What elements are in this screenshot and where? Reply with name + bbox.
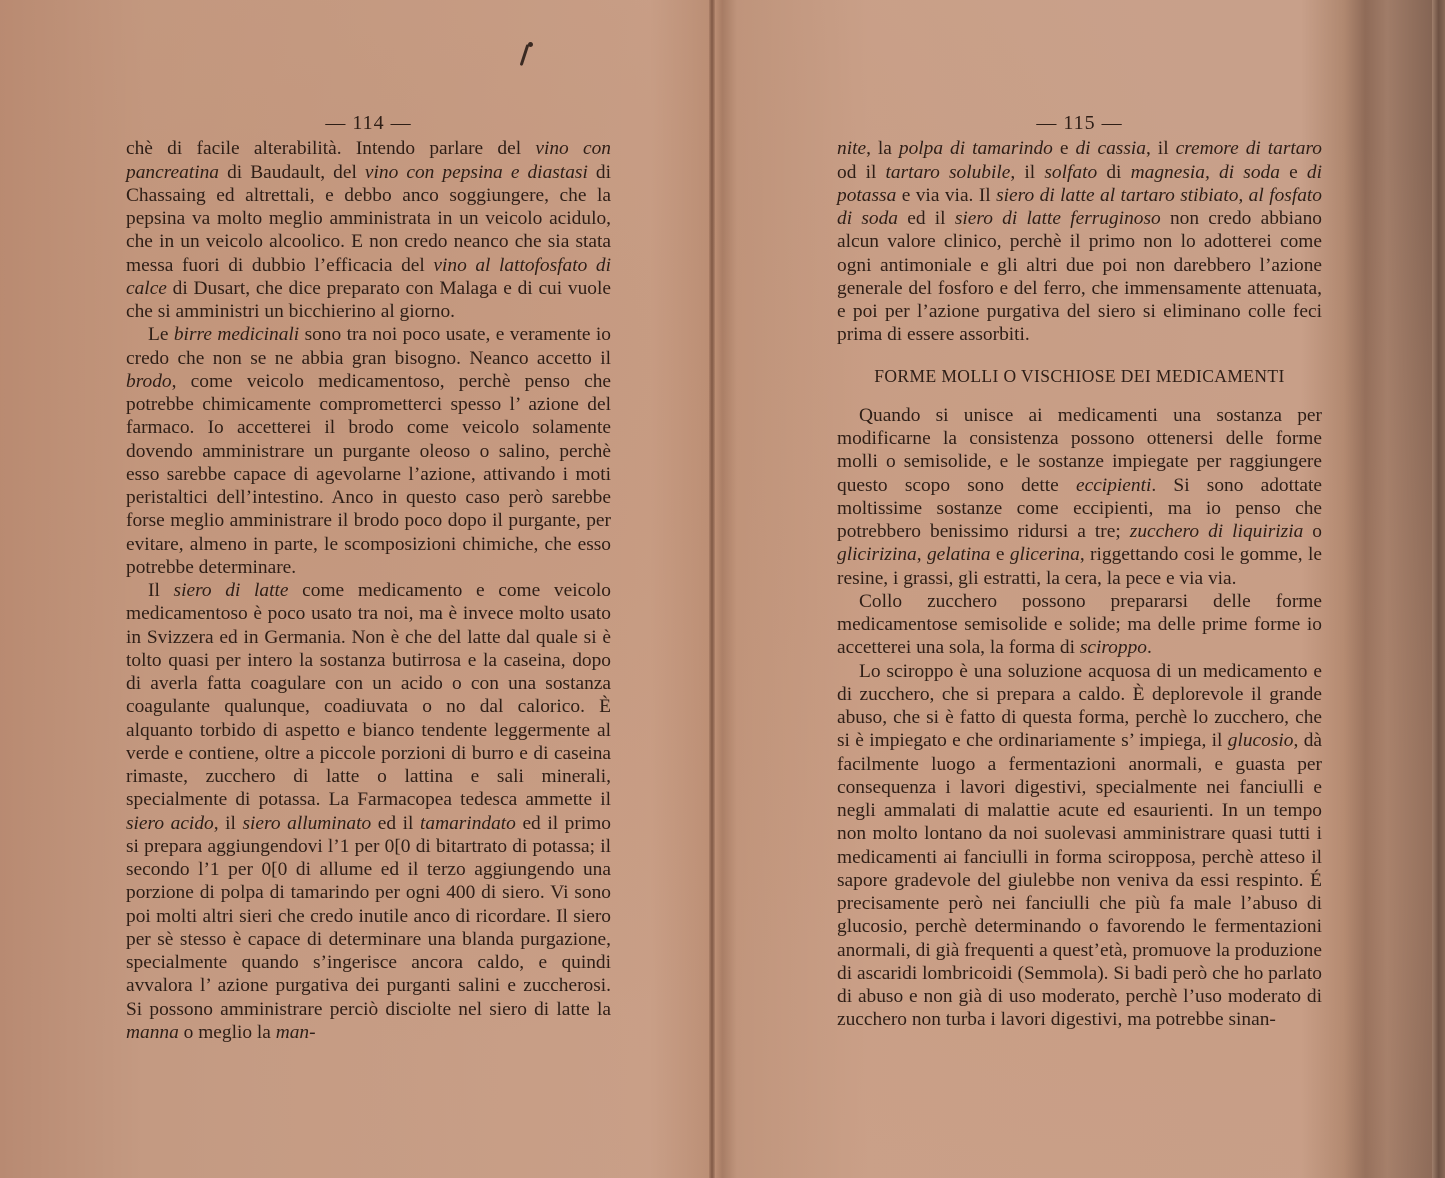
italic-term: nite: [837, 138, 866, 159]
page-edge: [1432, 0, 1445, 1178]
italic-term: siero di latte ferruginoso: [955, 208, 1161, 229]
italic-term: di cassia: [1075, 138, 1146, 159]
italic-term: glicirizina: [837, 544, 917, 565]
left-page-body: chè di facile alterabilità. Intendo parl…: [126, 137, 611, 1044]
text-run: di Dusart, che dice preparato con Malaga…: [126, 278, 611, 322]
paragraph: Collo zucchero possono prepararsi delle …: [837, 590, 1322, 660]
paragraph: Quando si unisce ai medicamenti una sost…: [837, 404, 1322, 590]
text-run: e: [1053, 138, 1076, 159]
ink-mark: [520, 44, 530, 66]
text-run: o meglio la: [179, 1022, 276, 1043]
text-run: ,: [917, 544, 927, 565]
text-run: Il: [148, 580, 174, 601]
italic-term: gelatina: [927, 544, 991, 565]
text-run: .: [1147, 637, 1152, 658]
text-run: e: [991, 544, 1010, 565]
text-run: Le: [148, 324, 174, 345]
italic-term: eccipienti: [1076, 475, 1151, 496]
text-run: , la: [866, 138, 899, 159]
section-heading: FORME MOLLI O VISCHIOSE DEI MEDICAMENTI: [837, 365, 1322, 388]
italic-term: manna: [126, 1022, 179, 1043]
text-run: , il: [214, 813, 243, 834]
italic-term: vino con pepsina e diastasi: [365, 162, 588, 183]
italic-term: polpa di tamarindo: [899, 138, 1053, 159]
text-run: ed il: [898, 208, 955, 229]
paragraph: Le birre medicinali sono tra noi poco us…: [126, 323, 611, 579]
page-number: — 114 —: [126, 112, 611, 135]
text-run: ed il: [371, 813, 420, 834]
italic-term: sciroppo: [1080, 637, 1147, 658]
text-run: chè di facile alterabilità. Intendo parl…: [126, 138, 535, 159]
text-run: come medicamento e come veicolo medicame…: [126, 580, 611, 810]
italic-term: siero alluminato: [243, 813, 372, 834]
text-run: o: [1303, 521, 1322, 542]
book-spread: — 114 — chè di facile alterabilità. Inte…: [0, 0, 1445, 1178]
text-run: di: [1097, 162, 1130, 183]
italic-term: magnesia, di soda: [1131, 162, 1280, 183]
text-run: ed il primo si prepara aggiungendovi l’1…: [126, 813, 611, 1020]
paragraph: nite, la polpa di tamarindo e di cassia,…: [837, 137, 1322, 346]
text-run: , il: [1010, 162, 1044, 183]
text-run: e: [1280, 162, 1307, 183]
italic-term: siero acido: [126, 813, 214, 834]
paragraph: Il siero di latte come medicamento e com…: [126, 579, 611, 1044]
paragraph: chè di facile alterabilità. Intendo parl…: [126, 137, 611, 323]
italic-term: brodo: [126, 371, 172, 392]
italic-term: man-: [276, 1022, 316, 1043]
italic-term: zucchero di liquirizia: [1130, 521, 1304, 542]
italic-term: tamarindato: [420, 813, 516, 834]
italic-term: glicerina: [1010, 544, 1080, 565]
paragraph: Lo sciroppo è una soluzione acquosa di u…: [837, 660, 1322, 1032]
italic-term: glucosio: [1228, 730, 1294, 751]
italic-term: siero di latte: [174, 580, 289, 601]
text-run: e via via. Il: [896, 185, 996, 206]
text-run: od il: [837, 162, 886, 183]
page-number: — 115 —: [837, 112, 1322, 135]
ink-mark-dot: [528, 42, 533, 47]
right-page: — 115 — nite, la polpa di tamarindo e di…: [837, 112, 1322, 1032]
text-run: , dà facilmente luogo a fermentazioni an…: [837, 730, 1322, 1030]
text-run: di Baudault, del: [219, 162, 365, 183]
right-page-body-bottom: Quando si unisce ai medicamenti una sost…: [837, 404, 1322, 1032]
book-spine: [709, 0, 715, 1178]
left-page: — 114 — chè di facile alterabilità. Inte…: [126, 112, 611, 1044]
italic-term: birre medicinali: [174, 324, 299, 345]
text-run: , il: [1146, 138, 1176, 159]
italic-term: solfato: [1044, 162, 1097, 183]
italic-term: cremore di tartaro: [1176, 138, 1322, 159]
right-page-body-top: nite, la polpa di tamarindo e di cassia,…: [837, 137, 1322, 346]
italic-term: tartaro solubile: [886, 162, 1011, 183]
text-run: , come veicolo medicamentoso, perchè pen…: [126, 371, 611, 578]
